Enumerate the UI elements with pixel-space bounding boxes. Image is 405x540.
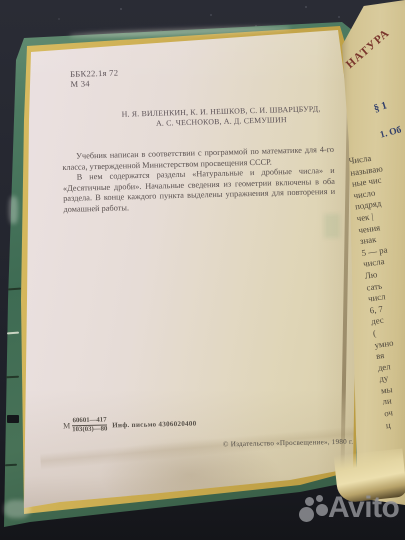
dust-specks <box>0 0 2 2</box>
cover-stitch-notch <box>7 415 19 423</box>
avito-dot-icon <box>299 507 314 522</box>
running-head: НАТУРА <box>344 27 392 71</box>
avito-dot-icon <box>316 495 323 502</box>
section-heading: § 1 <box>373 100 389 114</box>
avito-dot-icon <box>305 497 314 506</box>
bbk-code: ББК22.1я 72 <box>70 67 118 79</box>
imprint-fraction: 60601—417 103(03)—80 <box>72 416 107 434</box>
avito-label: Avito <box>328 490 399 526</box>
right-page-text-column: Числаназываюные чисчислоподрядчек |чения… <box>348 146 405 431</box>
avito-logo-icon <box>291 490 327 526</box>
faint-stamp <box>324 214 340 238</box>
imprint-prefix: М <box>63 421 70 430</box>
photo-background: ББК22.1я 72 М 34 Н. Я. ВИЛЕНКИН, К. И. Н… <box>0 0 405 540</box>
imprint-note: Инф. письмо 4306020400 <box>112 419 196 429</box>
annotation-block: Учебник написан в соответствии с програм… <box>62 145 336 216</box>
cover-wear-spot <box>9 196 18 224</box>
subsection-heading: 1. Об <box>379 125 402 140</box>
imprint-block: М 60601—417 103(03)—80 Инф. письмо 43060… <box>63 415 197 435</box>
annotation-paragraph: В нем содержатся разделы «Натуральные и … <box>63 166 336 215</box>
classification-code: ББК22.1я 72 М 34 <box>70 67 119 89</box>
avito-dot-icon <box>316 504 328 516</box>
avito-watermark: Avito <box>291 490 399 526</box>
imprint-denominator: 103(03)—80 <box>72 424 107 434</box>
author-sign-code: М 34 <box>70 77 118 89</box>
